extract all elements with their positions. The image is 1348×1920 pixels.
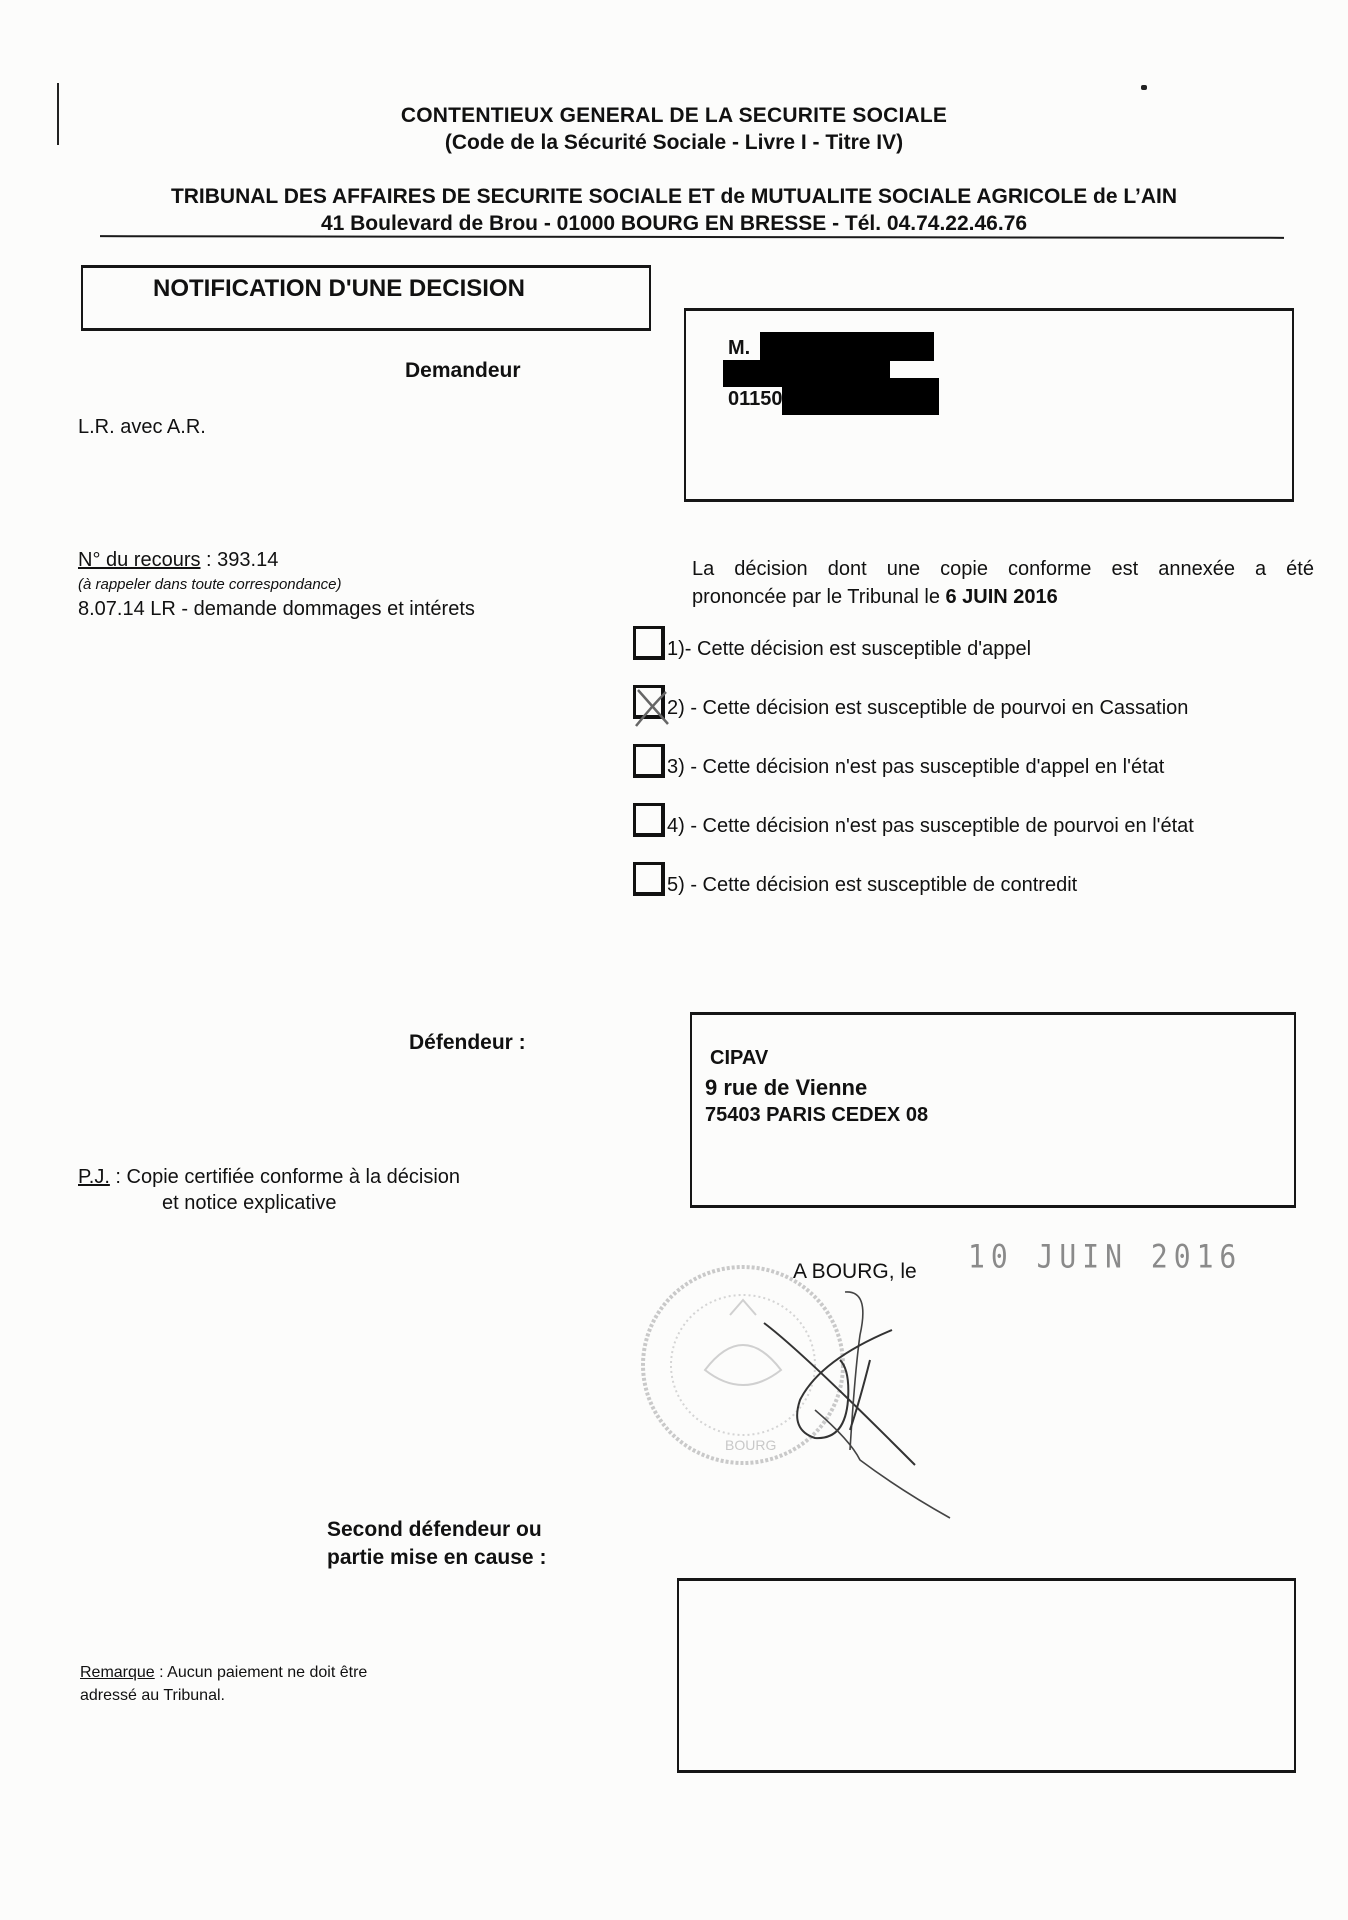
checkbox[interactable] [633,744,665,778]
attachments-label: P.J. [78,1166,110,1188]
remark-line1: Remarque : Aucun paiement ne doit être [80,1664,367,1682]
recours-subject: 8.07.14 LR - demande dommages et intéret… [78,598,475,621]
notification-title: NOTIFICATION D'UNE DECISION [153,275,525,303]
defendeur-label: Défendeur : [409,1031,526,1055]
stamp-date: 10 JUIN 2016 [968,1238,1242,1276]
mailing-mode: L.R. avec A.R. [78,416,206,439]
header-code-reference: (Code de la Sécurité Sociale - Livre I -… [0,131,1348,155]
decision-option-label: 1)- Cette décision est susceptible d'app… [667,638,1031,660]
remark-text: : Aucun paiement ne doit être [155,1664,368,1681]
demandeur-civility: M. [728,337,750,360]
attachments-line1: P.J. : Copie certifiée conforme à la déc… [78,1166,460,1189]
decision-option: 3) - Cette décision n'est pas susceptibl… [633,738,1164,778]
recours-number: 393.14 [217,549,278,571]
remark-label: Remarque [80,1664,155,1681]
second-defendeur-address-box [677,1578,1296,1773]
checkbox-checked[interactable] [633,685,665,719]
checkbox[interactable] [633,862,665,896]
defendeur-city: 75403 PARIS CEDEX 08 [705,1104,928,1127]
decision-text-line1: La décision dont une copie conforme est … [692,555,1314,583]
decision-option-label: 2) - Cette décision est susceptible de p… [667,697,1188,719]
notification-title-box: NOTIFICATION D'UNE DECISION [81,265,651,331]
scan-speck [1141,85,1147,90]
recours-note: (à rappeler dans toute correspondance) [78,576,342,593]
demandeur-postal-code: 01150 [728,388,783,411]
recours-label: N° du recours [78,549,201,571]
tribunal-address: 41 Boulevard de Brou - 01000 BOURG EN BR… [0,212,1348,236]
decision-statement: La décision dont une copie conforme est … [692,555,1314,611]
cross-mark-icon [632,684,676,730]
attachments-text: : Copie certifiée conforme à la décision [110,1166,460,1188]
checkbox[interactable] [633,626,665,660]
header-divider [100,235,1284,239]
decision-option-label: 3) - Cette décision n'est pas susceptibl… [667,756,1164,778]
second-defendeur-label-line2: partie mise en cause : [327,1546,546,1570]
redaction-bar [760,332,934,361]
decision-text-line2: prononcée par le Tribunal le [692,586,946,608]
decision-option: 4) - Cette décision n'est pas susceptibl… [633,797,1194,837]
tribunal-name: TRIBUNAL DES AFFAIRES DE SECURITE SOCIAL… [0,185,1348,209]
redaction-bar [782,378,939,415]
second-defendeur-label-line1: Second défendeur ou [327,1518,542,1542]
recours-line: N° du recours : 393.14 [78,549,278,572]
decision-option-label: 5) - Cette décision est susceptible de c… [667,874,1077,896]
header-title: CONTENTIEUX GENERAL DE LA SECURITE SOCIA… [0,104,1348,128]
signature-icon [760,1290,960,1520]
recours-separator: : [201,549,218,571]
decision-option: 2) - Cette décision est susceptible de p… [633,679,1188,719]
signature-place: A BOURG, le [793,1260,917,1284]
attachments-line2: et notice explicative [162,1192,337,1215]
defendeur-name: CIPAV [710,1047,768,1070]
checkbox[interactable] [633,803,665,837]
decision-option: 1)- Cette décision est susceptible d'app… [633,620,1031,660]
defendeur-street: 9 rue de Vienne [705,1075,867,1101]
decision-option: 5) - Cette décision est susceptible de c… [633,856,1077,896]
decision-date: 6 JUIN 2016 [946,586,1058,608]
defendeur-address-box: CIPAV 9 rue de Vienne 75403 PARIS CEDEX … [690,1012,1296,1208]
remark-line2: adressé au Tribunal. [80,1687,225,1705]
demandeur-address-box: M. 01150 [684,308,1294,502]
demandeur-label: Demandeur [405,359,521,383]
decision-option-label: 4) - Cette décision n'est pas susceptibl… [667,815,1194,837]
